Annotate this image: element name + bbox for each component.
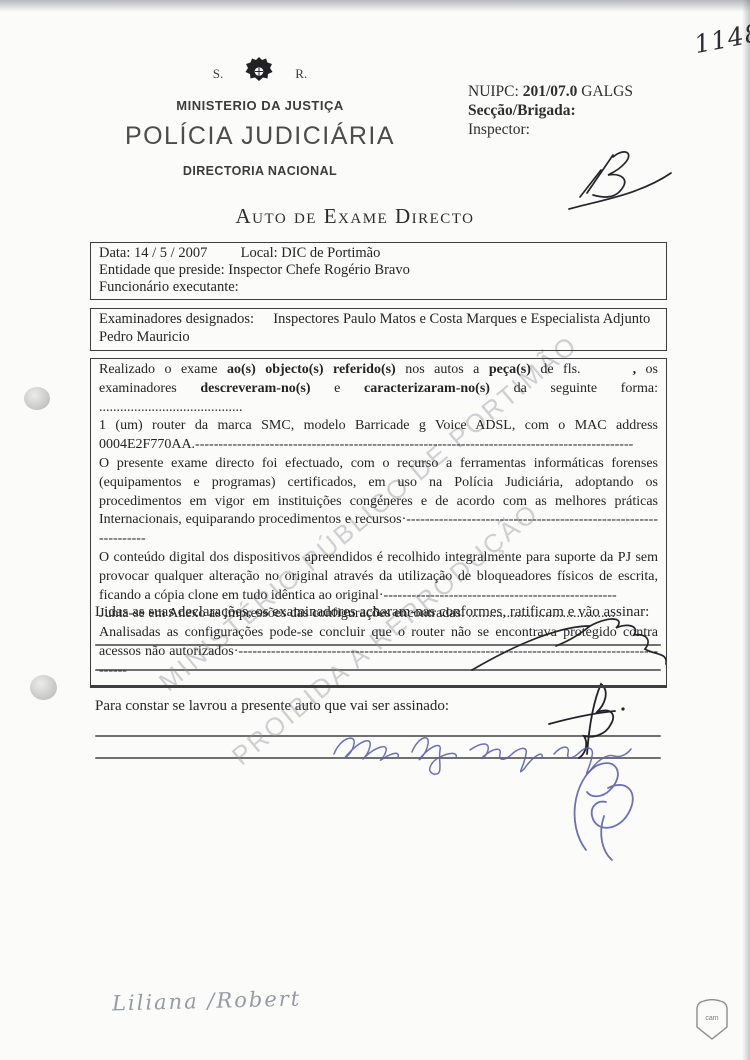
exam-paragraph-5: Junta-se em Anexo as impressões das conf… — [99, 605, 658, 624]
coat-of-arms-icon — [239, 56, 279, 91]
letter-r: R. — [295, 66, 307, 82]
scanned-document-page: MINISTÉRIO PÚBLICO DE PORTIMÃO PROIBIDA … — [0, 0, 750, 1060]
presiding-line: Entidade que preside: Inspector Chefe Ro… — [99, 262, 658, 279]
hole-punch — [30, 675, 57, 700]
document-title: Auto de Exame Directo — [85, 204, 625, 229]
inspector-label: Inspector: — [468, 120, 633, 139]
nuipc-label: NUIPC: — [468, 83, 519, 100]
exam-paragraph-1: Realizado o exame ao(s) objecto(s) refer… — [99, 361, 658, 417]
cam-stamp-label: cam — [705, 1015, 718, 1022]
scan-right-edge-shadow — [742, 0, 750, 1060]
institution-name: POLÍCIA JUDICIÁRIA — [110, 122, 410, 151]
presiding-value: Inspector Chefe Rogério Bravo — [228, 262, 410, 278]
date-value: 14 / 5 / 2007 — [134, 245, 207, 261]
date-label: Data: — [99, 245, 130, 261]
exam-paragraph-4: O conteúdo digital dos dispositivos apre… — [99, 549, 658, 605]
letter-s: S. — [213, 66, 223, 82]
clerk-line: Funcionário executante: — [99, 279, 658, 296]
directorate-name: DIRECTORIA NACIONAL — [110, 164, 410, 178]
hole-punch — [24, 387, 50, 410]
letterhead: S. R. MINISTERIO DA JUSTIÇA POLÍCIA JUDI… — [110, 56, 410, 178]
ministry-name: MINISTERIO DA JUSTIÇA — [110, 98, 410, 113]
cam-stamp: cam — [695, 999, 729, 1041]
presiding-label: Entidade que preside: — [99, 262, 225, 278]
exam-paragraph-2: 1 (um) router da marca SMC, modelo Barri… — [99, 417, 658, 455]
nuipc-suffix: GALGS — [581, 83, 633, 100]
nuipc-line: NUIPC: 201/07.0 GALGS — [468, 82, 633, 101]
exam-info-box: Data: 14 / 5 / 2007 Local: DIC de Portim… — [90, 242, 667, 300]
scan-top-edge-shadow — [0, 0, 750, 12]
examiners-label: Examinadores designados: — [99, 311, 254, 327]
place-value: DIC de Portimão — [281, 245, 380, 261]
date-place-line: Data: 14 / 5 / 2007 Local: DIC de Portim… — [99, 245, 658, 262]
pencil-annotation: Liliana /Robert — [112, 987, 302, 1016]
case-reference-block: NUIPC: 201/07.0 GALGS Secção/Brigada: In… — [468, 82, 633, 139]
blue-monogram-signature — [558, 756, 646, 868]
place-label: Local: — [241, 245, 278, 261]
examiners-box: Examinadores designados: Inspectores Pau… — [90, 308, 667, 351]
clerk-label: Funcionário executante: — [99, 279, 239, 295]
section-brigade-label: Secção/Brigada: — [468, 101, 633, 120]
exam-paragraph-6: Analisadas as configurações pode-se conc… — [99, 624, 658, 680]
nuipc-number: 201/07.0 — [523, 83, 578, 100]
exam-paragraph-3: O presente exame directo foi efectuado, … — [99, 455, 658, 549]
exam-description-box: Realizado o exame ao(s) objecto(s) refer… — [90, 358, 667, 688]
